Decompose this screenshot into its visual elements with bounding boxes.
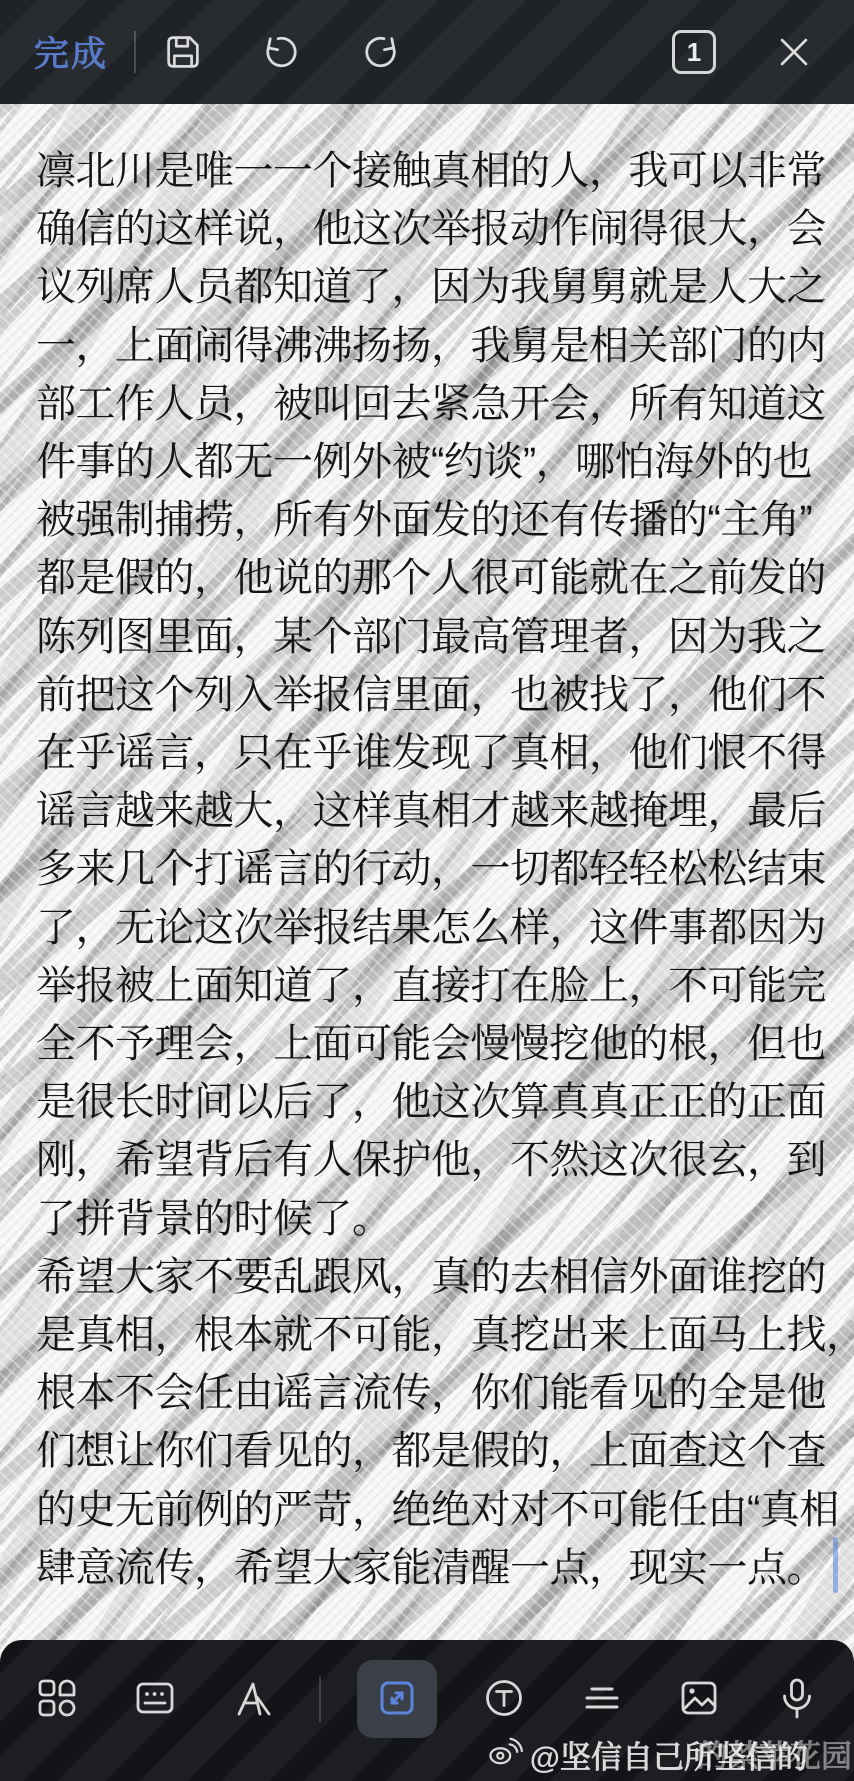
document-line: 的史无前例的严苛，绝绝对对不可能任由“真相” (36, 1481, 838, 1539)
document-line: 们想让你们看见的，都是假的，上面查这个查 (36, 1422, 838, 1480)
document-text: 凛北川是唯一一个接触真相的人，我可以非常 确信的这样说，他这次举报动作闹得很大，… (36, 142, 838, 1597)
document-line: 一，上面闹得沸沸扬扬，我舅是相关部门的内 (36, 317, 838, 375)
document-line: 是真相，根本就不可能，真挖出来上面马上找， (36, 1306, 838, 1364)
caption-card-tool-button[interactable] (124, 1660, 186, 1738)
redo-button[interactable] (362, 30, 406, 74)
image-icon (675, 1674, 723, 1725)
close-button[interactable] (772, 30, 816, 74)
document-line: 是很长时间以后了，他这次算真真正正的正面 (36, 1073, 838, 1131)
document-line: 了拼背景的时候了。 (36, 1190, 838, 1248)
text-tool-button[interactable] (473, 1660, 535, 1738)
align-tool-button[interactable] (571, 1660, 633, 1738)
bottom-toolbar (0, 1640, 854, 1781)
toolbar-divider (319, 1676, 321, 1722)
caption-card-icon (131, 1674, 179, 1725)
font-style-tool-button[interactable] (222, 1660, 284, 1738)
save-icon (160, 29, 206, 75)
text-cursor (833, 1537, 838, 1593)
document-line: 议列席人员都知道了，因为我舅舅就是人大之 (36, 258, 838, 316)
edit-canvas[interactable]: 凛北川是唯一一个接触真相的人，我可以非常 确信的这样说，他这次举报动作闹得很大，… (0, 0, 854, 1781)
document-line: 确信的这样说，他这次举报动作闹得很大，会 (36, 200, 838, 258)
document-line: 了，无论这次举报结果怎么样，这件事都因为 (36, 899, 838, 957)
document-line: 肆意流传，希望大家能清醒一点，现实一点。 (36, 1539, 838, 1597)
document-line: 谣言越来越大，这样真相才越来越掩埋，最后 (36, 782, 838, 840)
voice-tool-button[interactable] (766, 1660, 828, 1738)
document-line: 根本不会任由谣言流传，你们能看见的全是他 (36, 1364, 838, 1422)
undo-button[interactable] (256, 30, 300, 74)
document-line: 希望大家不要乱跟风，真的去相信外面谁挖的 (36, 1248, 838, 1306)
topbar-divider (134, 31, 136, 73)
document-line: 被强制捕捞，所有外面发的还有传播的“主角” (36, 491, 838, 549)
document-line: 部工作人员，被叫回去紧急开会，所有知道这 (36, 375, 838, 433)
page-count-badge[interactable]: 1 (672, 30, 716, 74)
tool-row (0, 1640, 854, 1744)
resize-tool-button[interactable] (357, 1660, 437, 1738)
document-line: 刚，希望背后有人保护他，不然这次很玄，到 (36, 1131, 838, 1189)
document-line: 前把这个列入举报信里面，也被找了，他们不 (36, 666, 838, 724)
document-line: 陈列图里面，某个部门最高管理者，因为我之 (36, 608, 838, 666)
document-line: 件事的人都无一例外被“约谈”，哪怕海外的也 (36, 433, 838, 491)
close-icon (772, 30, 816, 74)
document-line: 举报被上面知道了，直接打在脸上，不可能完 (36, 957, 838, 1015)
photo-text-editor-screen: 凛北川是唯一一个接触真相的人，我可以非常 确信的这样说，他这次举报动作闹得很大，… (0, 0, 854, 1781)
document-line: 多来几个打谣言的行动，一切都轻轻松松结束 (36, 840, 838, 898)
template-icon (33, 1674, 81, 1725)
done-button[interactable]: 完成 (34, 27, 108, 77)
template-tool-button[interactable] (26, 1660, 88, 1738)
document-line: 在乎谣言，只在乎谁发现了真相，他们恨不得 (36, 724, 838, 782)
image-tool-button[interactable] (668, 1660, 730, 1738)
text-circle-icon (480, 1674, 528, 1725)
microphone-icon (773, 1674, 821, 1725)
document-line: 全不予理会，上面可能会慢慢挖他的根，但也 (36, 1015, 838, 1073)
align-lines-icon (578, 1674, 626, 1725)
document-line: 凛北川是唯一一个接触真相的人，我可以非常 (36, 142, 838, 200)
resize-icon (373, 1674, 421, 1725)
save-button[interactable] (160, 29, 206, 75)
document-line: 都是假的，他说的那个人很可能就在之前发的 (36, 549, 838, 607)
top-toolbar: 完成 (0, 0, 854, 104)
page-count-value: 1 (687, 39, 701, 65)
font-style-icon (229, 1674, 277, 1725)
redo-icon (362, 30, 406, 74)
undo-icon (256, 30, 300, 74)
